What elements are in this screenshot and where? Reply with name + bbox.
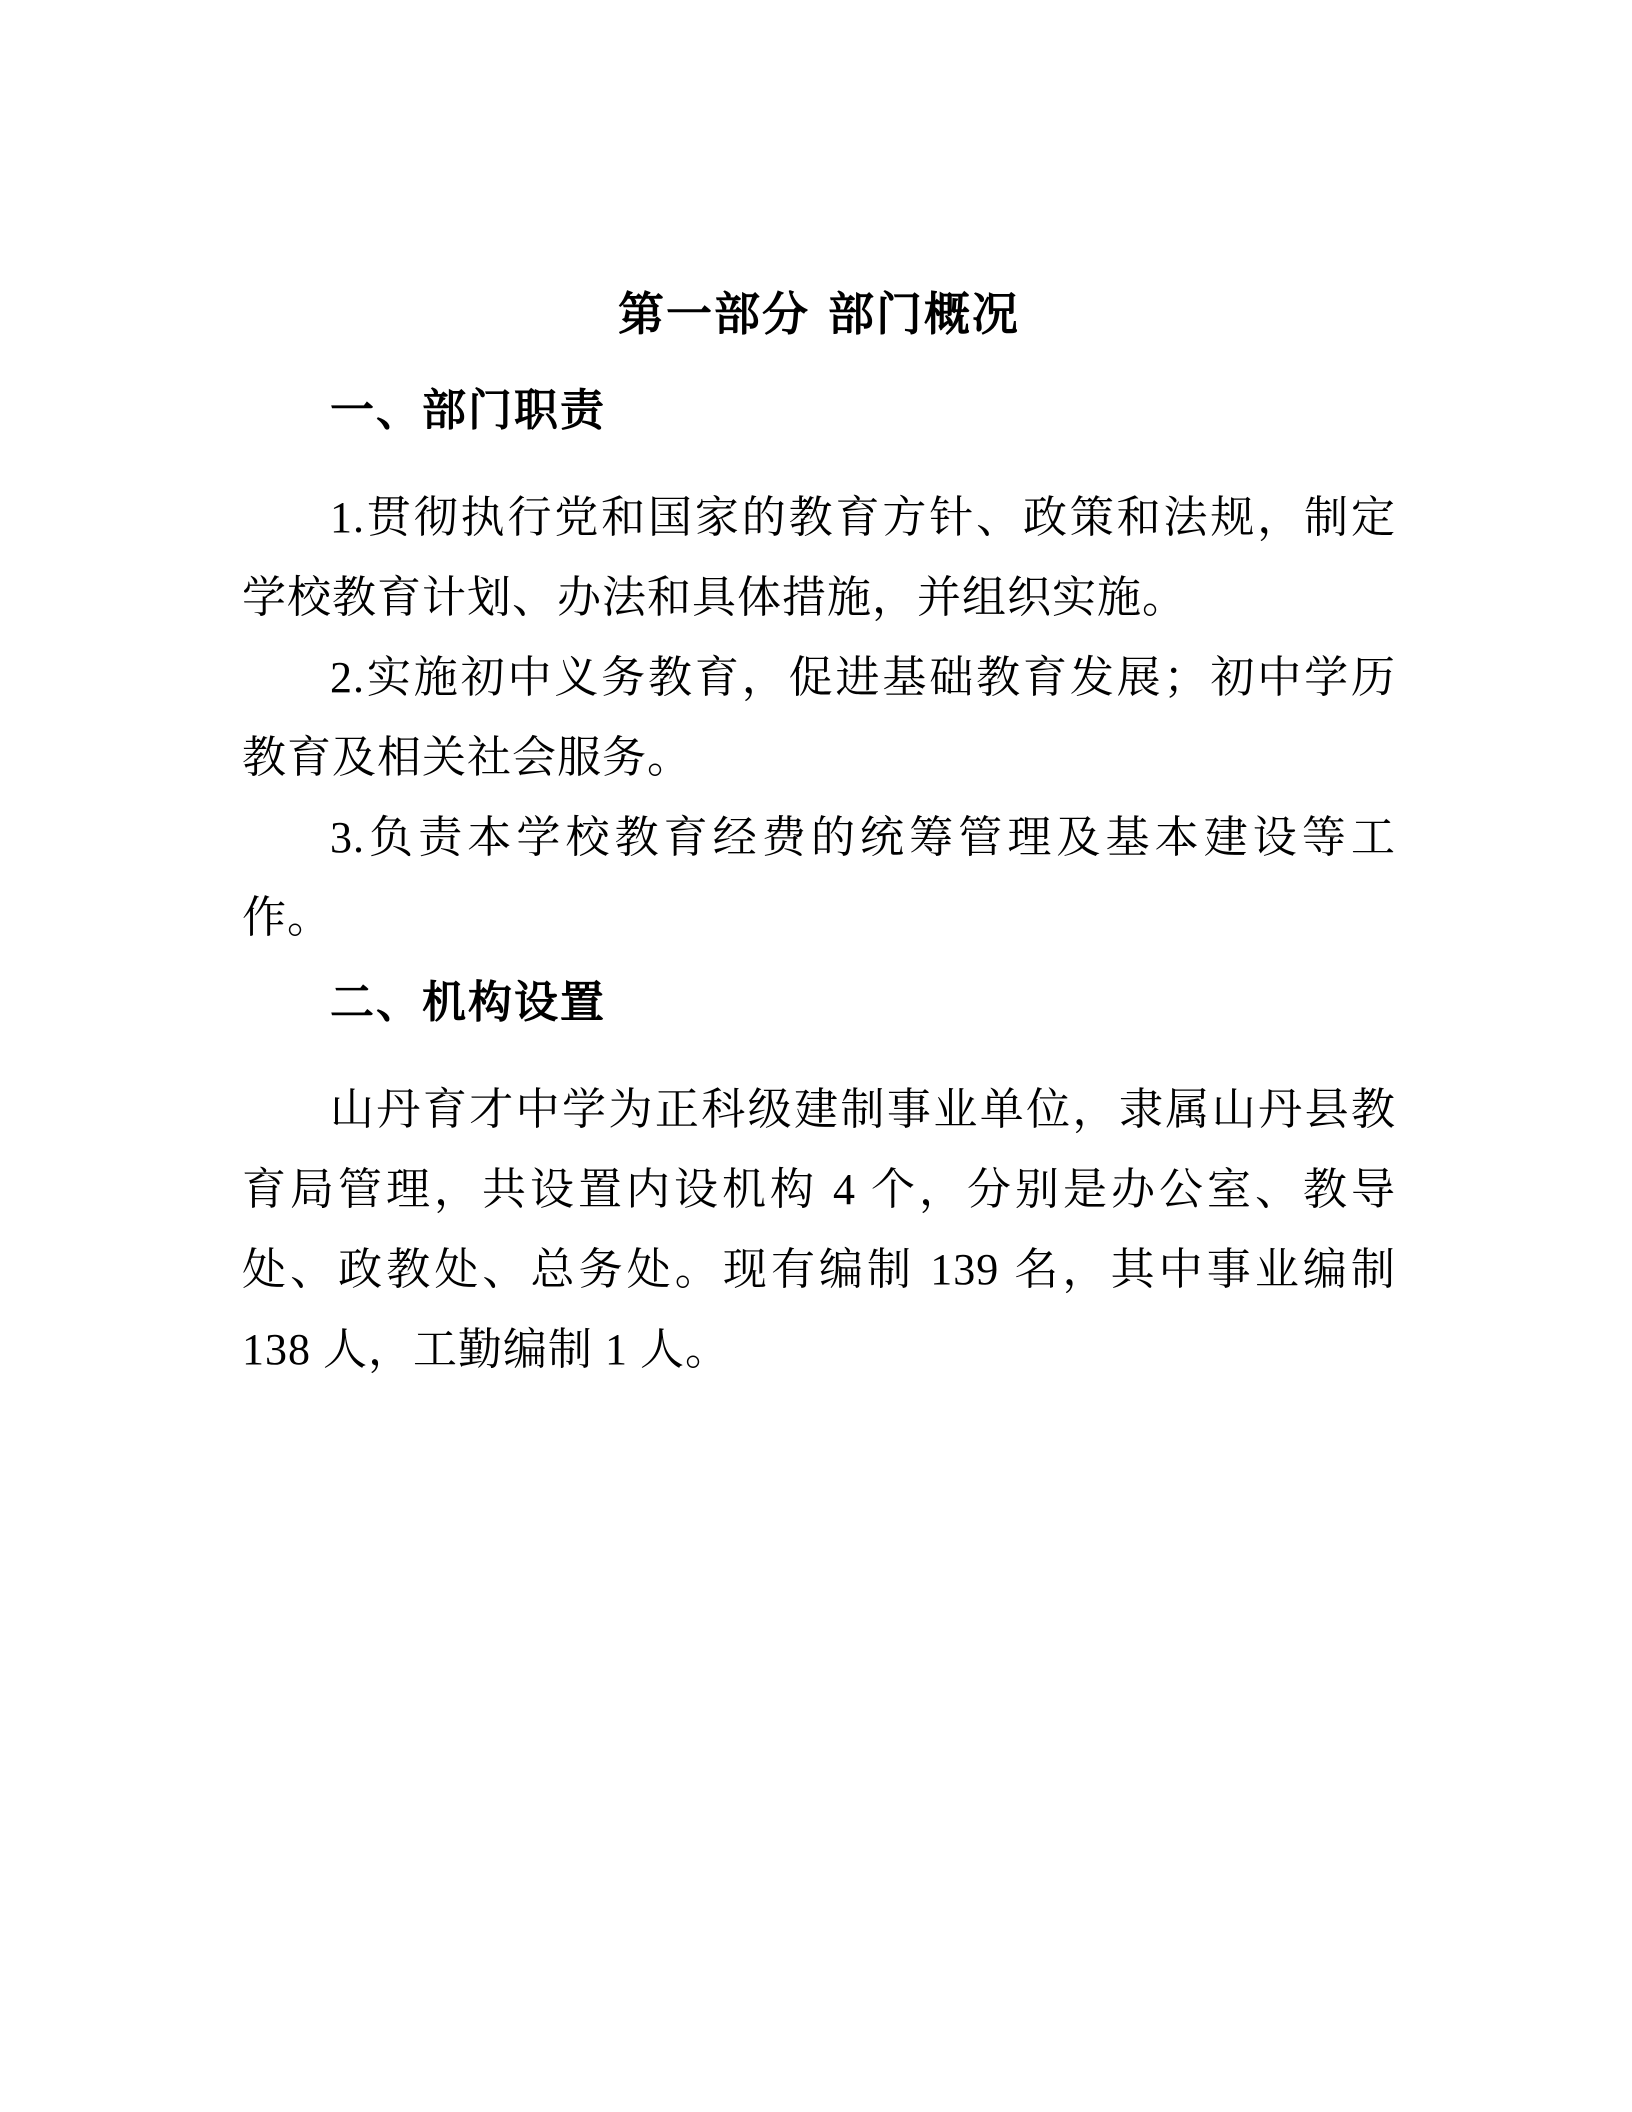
paragraph-responsibility-2: 2.实施初中义务教育，促进基础教育发展；初中学历教育及相关社会服务。 <box>242 638 1396 798</box>
section-heading-responsibilities: 一、部门职责 <box>242 380 1396 442</box>
document-page: 第一部分 部门概况 一、部门职责 1.贯彻执行党和国家的教育方针、政策和法规，制… <box>0 0 1632 2112</box>
paragraph-organization: 山丹育才中学为正科级建制事业单位，隶属山丹县教育局管理，共设置内设机构 4 个，… <box>242 1070 1396 1390</box>
paragraph-responsibility-1: 1.贯彻执行党和国家的教育方针、政策和法规，制定学校教育计划、办法和具体措施，并… <box>242 478 1396 638</box>
document-title: 第一部分 部门概况 <box>242 278 1396 350</box>
section-heading-organization: 二、机构设置 <box>242 972 1396 1034</box>
paragraph-responsibility-3: 3.负责本学校教育经费的统筹管理及基本建设等工作。 <box>242 798 1396 958</box>
